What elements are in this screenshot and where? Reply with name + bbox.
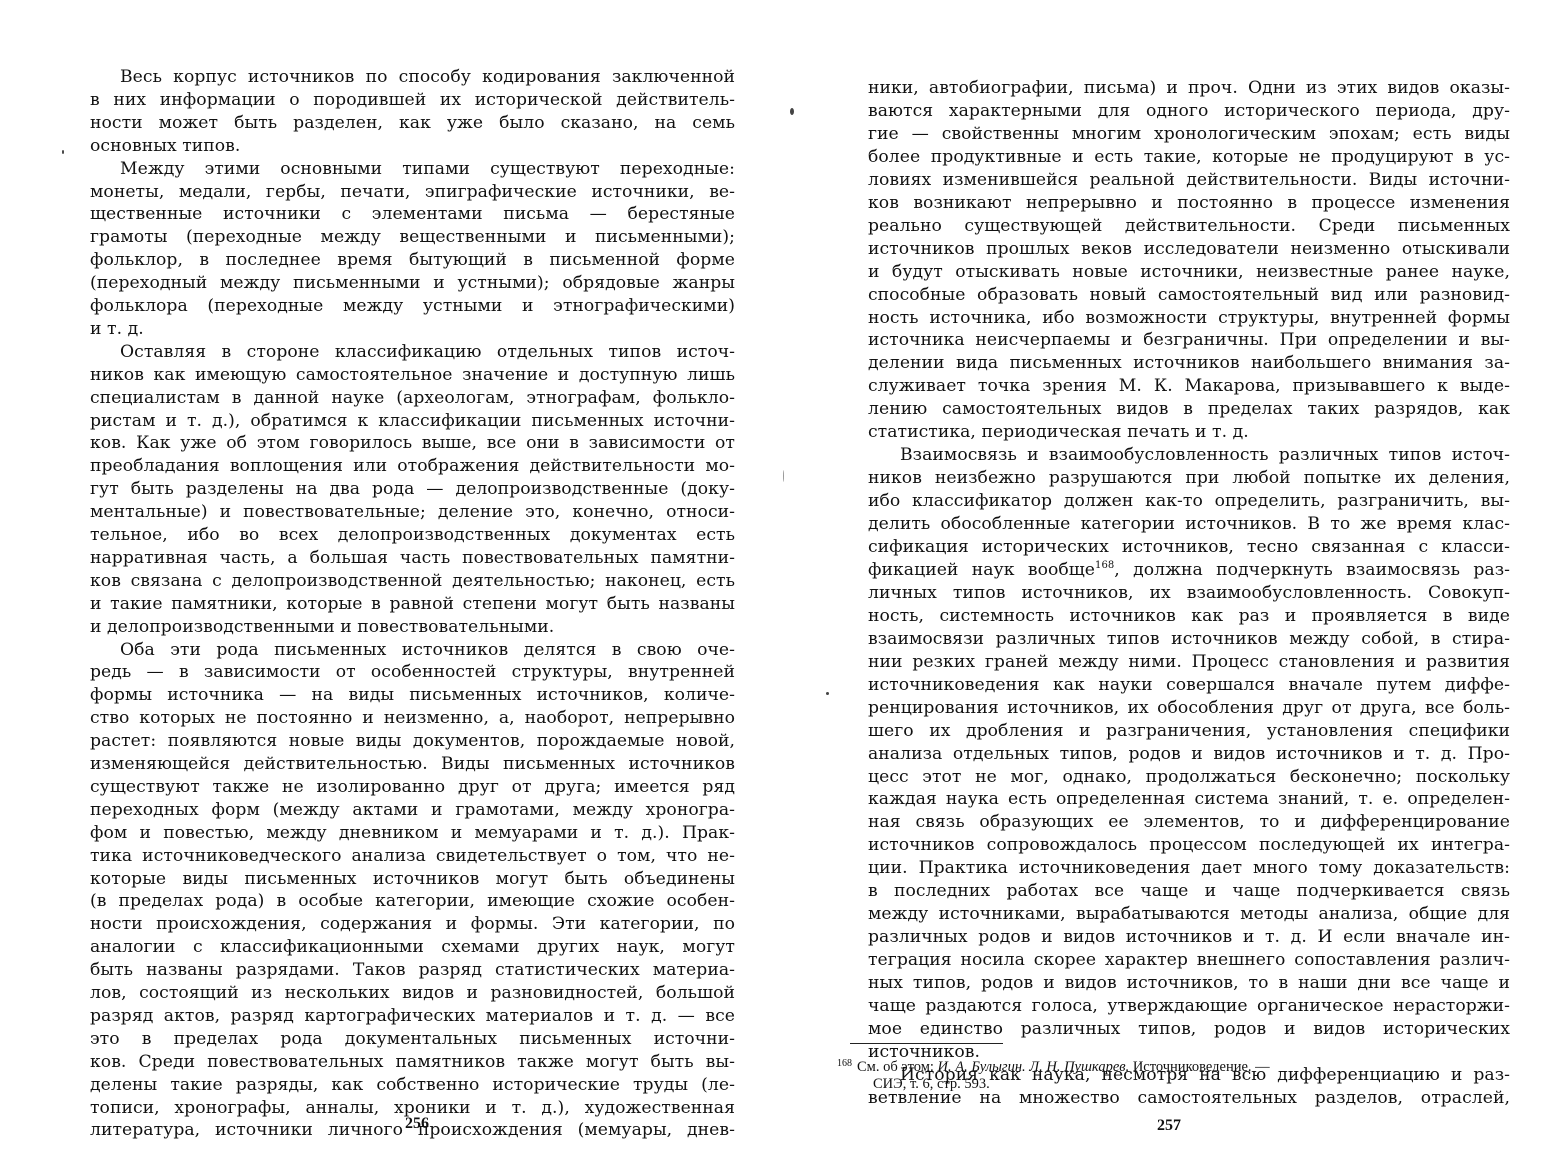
text-line: Оба эти рода письменных источников делят…: [120, 639, 735, 662]
text-line: фольклор, в последнее время бытующий в п…: [90, 249, 735, 272]
text-line: статистика, периодическая печать и т. д.: [868, 421, 1510, 444]
text-line: анализа отдельных типов, родов и видов и…: [868, 743, 1510, 766]
text-line: между источниками, вырабатываются методы…: [868, 903, 1510, 926]
text-line: источниковедения как науки совершался вн…: [868, 674, 1510, 697]
text-line: ность источника, ибо возможности структу…: [868, 307, 1510, 330]
text-line: в них информации о породившей их историч…: [90, 89, 735, 112]
text-line: ков связана с делопроизводственной деяте…: [90, 570, 735, 593]
text-line: ков возникают непрерывно и постоянно в п…: [868, 192, 1510, 215]
text-line: ности может быть разделен, как уже было …: [90, 112, 735, 135]
text-line: чаще раздаются голоса, утверждающие орга…: [868, 995, 1510, 1018]
text-line: источников прошлых веков исследователи н…: [868, 238, 1510, 261]
text-line: монеты, медали, гербы, печати, эпиграфич…: [90, 181, 735, 204]
text-line: источника неисчерпаемы и безграничны. Пр…: [868, 329, 1510, 352]
text-line: гут быть разделены на два рода — делопро…: [90, 478, 735, 501]
footnote-authors: И. А. Булыгин. Л. Н. Пушкарев.: [938, 1059, 1130, 1075]
footnote-rule: [850, 1043, 1003, 1044]
text-line: нарративная часть, а большая часть повес…: [90, 547, 735, 570]
text-line: это в пределах рода документальных письм…: [90, 1028, 735, 1051]
text-line: служивает точка зрения М. К. Макарова, п…: [868, 375, 1510, 398]
scan-speck: [783, 470, 784, 482]
text-line: шего их дробления и разграничения, устан…: [868, 720, 1510, 743]
text-line: быть названы разрядами. Таков разряд ста…: [90, 959, 735, 982]
text-line: более продуктивные и есть такие, которые…: [868, 146, 1510, 169]
text-line: способные образовать новый самостоятельн…: [868, 284, 1510, 307]
scan-speck: [790, 108, 794, 115]
left-page: Весь корпус источников по способу кодиро…: [0, 0, 775, 1156]
text-line: которые виды письменных источников могут…: [90, 868, 735, 891]
text-line: преобладания воплощения или отображения …: [90, 455, 735, 478]
text-line: Оставляя в стороне классификацию отдельн…: [120, 341, 735, 364]
text-line: (переходный между письменными и устными)…: [90, 272, 735, 295]
text-line: ков. Среди повествовательных памятников …: [90, 1051, 735, 1074]
text-line: основных типов.: [90, 135, 735, 158]
text-line: и такие памятники, которые в равной степ…: [90, 593, 735, 616]
text-line: ции. Практика источниковедения дает мног…: [868, 857, 1510, 880]
text-line: Весь корпус источников по способу кодиро…: [120, 66, 735, 89]
text-line: делении вида письменных источников наибо…: [868, 352, 1510, 375]
text-line: и т. д.: [90, 318, 735, 341]
text-line: изменяющейся действительностью. Виды пис…: [90, 753, 735, 776]
text-line: ков. Как уже об этом говорилось выше, вс…: [90, 432, 735, 455]
text-line: делены такие разряды, как собственно ист…: [90, 1074, 735, 1097]
text-line: ности происхождения, содержания и формы.…: [90, 913, 735, 936]
text-line: ников неизбежно разрушаются при любой по…: [868, 467, 1510, 490]
text-line: ников как имеющую самостоятельное значен…: [90, 364, 735, 387]
text-line: делить обособленные категории источников…: [868, 513, 1510, 536]
scan-speck: [826, 692, 829, 695]
text-line: различных родов и видов источников и т. …: [868, 926, 1510, 949]
text-line: тика источниковедческого анализа свидете…: [90, 845, 735, 868]
footnote-title: Источниковедение. —: [1129, 1059, 1269, 1075]
text-line: ристам и т. д.), обратимся к классификац…: [90, 410, 735, 433]
text-line: растет: появляются новые виды документов…: [90, 730, 735, 753]
text-line: ловиях изменившейся реальной действитель…: [868, 169, 1510, 192]
text-line: аналогии с классификационными схемами др…: [90, 936, 735, 959]
text-line: и делопроизводственными и повествователь…: [90, 616, 735, 639]
text-line: личных типов источников, их взаимообусло…: [868, 582, 1510, 605]
footnote-number: 168: [837, 1058, 852, 1069]
text-line: формы источника — на виды письменных ист…: [90, 684, 735, 707]
text-line: ность, системность источников как раз и …: [868, 605, 1510, 628]
text-line: источников сопровождалось процессом посл…: [868, 834, 1510, 857]
page-number-right: 257: [1157, 1116, 1181, 1136]
scan-speck: [62, 150, 64, 154]
text-line: и будут отыскивать новые источники, неиз…: [868, 261, 1510, 284]
text-line: лению самостоятельных видов в пределах т…: [868, 398, 1510, 421]
text-line: щественные источники с элементами письма…: [90, 203, 735, 226]
text-line: ная связь образующих ее элементов, то и …: [868, 811, 1510, 834]
text-line: теграция носила скорее характер внешнего…: [868, 949, 1510, 972]
text-line: ники, автобиографии, письма) и проч. Одн…: [868, 77, 1510, 100]
text-line: Между этими основными типами существуют …: [120, 158, 735, 181]
footnote-prefix: См. об этом:: [857, 1059, 938, 1075]
text-line: каждая наука есть определенная система з…: [868, 788, 1510, 811]
text-line: фом и повестью, между дневником и мемуар…: [90, 822, 735, 845]
text-line: грамоты (переходные между вещественными …: [90, 226, 735, 249]
text-line: (в пределах рода) в особые категории, им…: [90, 890, 735, 913]
text-line: в последних работах все чаще и чаще подч…: [868, 880, 1510, 903]
text-line: переходных форм (между актами и грамотам…: [90, 799, 735, 822]
text-line: тельное, ибо во всех делопроизводственны…: [90, 524, 735, 547]
text-line: нии резких граней между ними. Процесс ст…: [868, 651, 1510, 674]
text-line: фольклора (переходные между устными и эт…: [90, 295, 735, 318]
text-line: специалистам в данной науке (археологам,…: [90, 387, 735, 410]
page-number-left: 256: [405, 1114, 429, 1134]
text-line: ибо классификатор должен как-то определи…: [868, 490, 1510, 513]
footnote-reference: 168: [1095, 560, 1114, 571]
text-line: фикацией наук вообще168, должна подчеркн…: [868, 559, 1510, 582]
footnote-line-2: СИЭ, т. 6, стр. 593.: [873, 1074, 990, 1094]
text-line: гие — свойственны многим хронологическим…: [868, 123, 1510, 146]
text-line: Взаимосвязь и взаимообусловленность разл…: [900, 444, 1510, 467]
text-line: ство которых не постоянно и неизменно, а…: [90, 707, 735, 730]
text-line: реально существующей действительности. С…: [868, 215, 1510, 238]
text-line: ных типов, родов и видов источников, то …: [868, 972, 1510, 995]
text-line: ренцирования источников, их обособления …: [868, 697, 1510, 720]
text-line: ваются характерными для одного историчес…: [868, 100, 1510, 123]
text-line: взаимосвязи различных типов источников м…: [868, 628, 1510, 651]
text-line: редь — в зависимости от особенностей стр…: [90, 661, 735, 684]
text-line: ментальные) и повествовательные; деление…: [90, 501, 735, 524]
text-line: лов, состоящий из нескольких видов и раз…: [90, 982, 735, 1005]
right-page: ники, автобиографии, письма) и проч. Одн…: [775, 0, 1549, 1156]
text-line: мое единство различных типов, родов и ви…: [868, 1018, 1510, 1041]
text-line: разряд актов, разряд картографических ма…: [90, 1005, 735, 1028]
text-line: существуют также не изолированно друг от…: [90, 776, 735, 799]
text-line: цесс этот не мог, однако, продолжаться б…: [868, 766, 1510, 789]
text-line: сификация исторических источников, тесно…: [868, 536, 1510, 559]
